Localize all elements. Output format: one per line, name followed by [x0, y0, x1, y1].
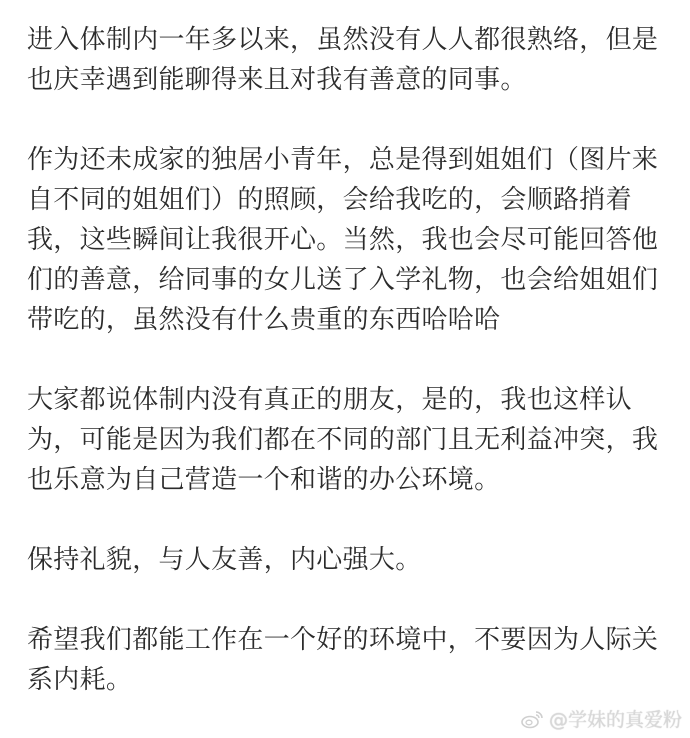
text-line: 我，这些瞬间让我很开心。当然，我也会尽可能回答他 — [27, 220, 667, 260]
text-line: 希望我们都能工作在一个好的环境中，不要因为人际关 — [27, 620, 667, 660]
paragraph-3: 大家都说体制内没有真正的朋友，是的，我也这样认 为，可能是因为我们都在不同的部门… — [27, 380, 667, 500]
paragraph-2: 作为还未成家的独居小青年，总是得到姐姐们（图片来 自不同的姐姐们）的照顾，会给我… — [27, 140, 667, 340]
text-line: 为，可能是因为我们都在不同的部门且无利益冲突，我 — [27, 420, 667, 460]
text-line: 进入体制内一年多以来，虽然没有人人都很熟络，但是 — [27, 20, 667, 60]
paragraph-5: 希望我们都能工作在一个好的环境中，不要因为人际关 系内耗。 — [27, 620, 667, 700]
text-line: 也庆幸遇到能聊得来且对我有善意的同事。 — [27, 60, 667, 100]
text-line: 作为还未成家的独居小青年，总是得到姐姐们（图片来 — [27, 140, 667, 180]
paragraph-1: 进入体制内一年多以来，虽然没有人人都很熟络，但是 也庆幸遇到能聊得来且对我有善意… — [27, 20, 667, 100]
text-line: 自不同的姐姐们）的照顾，会给我吃的，会顺路捎着 — [27, 180, 667, 220]
weibo-logo-icon — [521, 709, 545, 729]
text-line: 系内耗。 — [27, 660, 667, 700]
text-line: 大家都说体制内没有真正的朋友，是的，我也这样认 — [27, 380, 667, 420]
article-body: 进入体制内一年多以来，虽然没有人人都很熟络，但是 也庆幸遇到能聊得来且对我有善意… — [27, 20, 667, 738]
text-line: 也乐意为自己营造一个和谐的办公环境。 — [27, 460, 667, 500]
text-line: 保持礼貌，与人友善，内心强大。 — [27, 540, 667, 580]
watermark: @学妹的真爱粉 — [521, 705, 682, 732]
text-line: 带吃的，虽然没有什么贵重的东西哈哈哈 — [27, 300, 667, 340]
paragraph-4: 保持礼貌，与人友善，内心强大。 — [27, 540, 667, 580]
watermark-text: @学妹的真爱粉 — [549, 705, 682, 732]
text-line: 们的善意，给同事的女儿送了入学礼物，也会给姐姐们 — [27, 260, 667, 300]
